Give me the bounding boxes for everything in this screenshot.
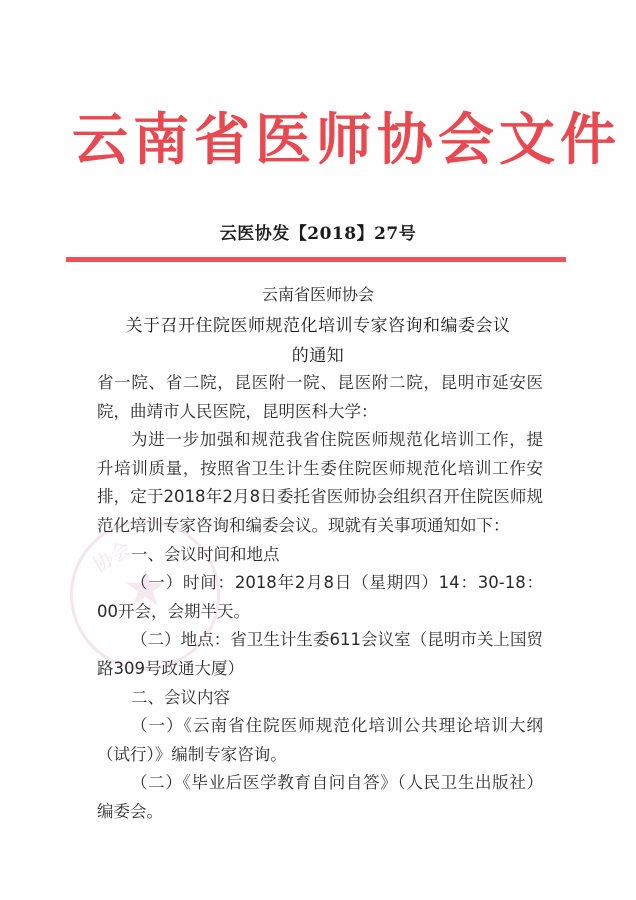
notice-title: 云南省医师协会 关于召开住院医师规范化培训专家咨询和编委会议 的通知 [0, 280, 636, 372]
document-number: 云医协发【2018】27号 [0, 222, 636, 246]
addressees: 省一院、省二院，昆医附一院、昆医附二院，昆明市延安医院，曲靖市人民医院，昆明医科… [97, 369, 543, 426]
section-item-syllabus: （一）《云南省住院医师规范化培训公共理论培训大纲（试行）》编制专家咨询。 [97, 712, 543, 769]
section-heading-content: 二、会议内容 [97, 684, 543, 713]
masthead-title: 云南省医师协会文件 [72, 104, 564, 176]
notice-suffix: 的通知 [0, 341, 636, 372]
notice-issuer: 云南省医师协会 [0, 280, 636, 311]
section-heading-time-place: 一、会议时间和地点 [97, 541, 543, 570]
intro-paragraph: 为进一步加强和规范我省住院医师规范化培训工作，提升培训质量，按照省卫生计生委住院… [97, 426, 543, 540]
section-item-place: （二）地点：省卫生计生委611会议室（昆明市关上国贸路309号政通大厦） [97, 626, 543, 683]
notice-subject: 关于召开住院医师规范化培训专家咨询和编委会议 [0, 311, 636, 342]
red-divider-line [66, 257, 566, 262]
section-item-editorial: （二）《毕业后医学教育自问自答》（人民卫生出版社）编委会。 [97, 769, 543, 826]
document-body: 省一院、省二院，昆医附一院、昆医附二院，昆明市延安医院，曲靖市人民医院，昆明医科… [97, 369, 543, 827]
document-page: 协会 ★ 云南省医师协会文件 云医协发【2018】27号 云南省医师协会 关于召… [0, 0, 636, 900]
section-item-time: （一）时间：2018年2月8日（星期四）14：30-18：00开会，会期半天。 [97, 569, 543, 626]
